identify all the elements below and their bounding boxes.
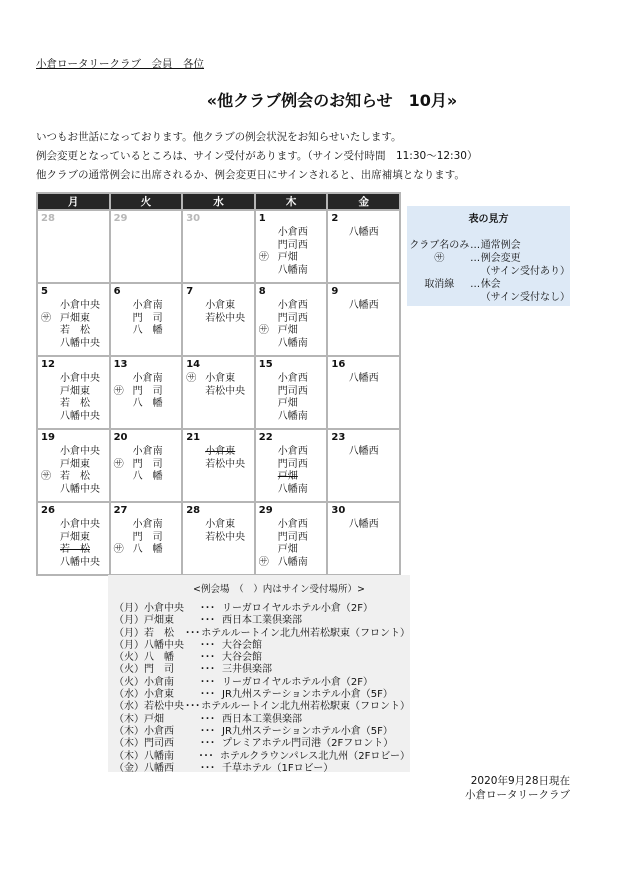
club-list: 小倉東若松中央 — [186, 519, 251, 544]
venue-row: （月）若 松･･･ホテルルートイン北九州若松駅東（フロント） — [114, 628, 410, 640]
venue-dots: ･･･ — [200, 726, 222, 738]
club-entry: 小倉西 — [259, 300, 324, 313]
club-name: 小倉西 — [278, 227, 308, 238]
club-entry-changed: ㋚門 司 — [114, 386, 179, 399]
day-number: 20 — [114, 432, 179, 444]
sign-icon: ㋚ — [186, 373, 196, 386]
club-name: 八幡南 — [278, 557, 308, 568]
calendar-day-cell: 28小倉東若松中央 — [182, 502, 255, 575]
club-name: 小倉南 — [133, 519, 163, 530]
club-name: 八幡南 — [278, 484, 308, 495]
club-entry: 若松中央 — [186, 459, 251, 472]
club-name: 八幡西 — [349, 519, 379, 530]
club-entry: 小倉南 — [114, 519, 179, 532]
venue-dots: ･･･ — [185, 701, 201, 713]
calendar-day-cell: 28 — [37, 210, 110, 283]
club-name: 若 松 — [60, 544, 90, 555]
venue-row: （木）戸畑･･･西日本工業倶楽部 — [114, 714, 410, 726]
club-name: 小倉中央 — [60, 446, 100, 457]
calendar-day-cell: 1小倉西門司西㋚戸畑八幡南 — [255, 210, 328, 283]
club-entry: 戸畑東 — [41, 459, 106, 472]
club-name: 小倉東 — [205, 446, 235, 457]
club-name: 小倉西 — [278, 373, 308, 384]
venue-name: 大谷会館 — [222, 652, 262, 664]
club-entry: 八幡中央 — [41, 338, 106, 351]
club-entry-changed: ㋚戸畑 — [259, 252, 324, 265]
calendar-day-cell: 15小倉西門司西戸畑八幡南 — [255, 356, 328, 429]
legend-dots: … — [470, 252, 481, 265]
venue-row: （月）小倉中央･･･リーガロイヤルホテル小倉（2F） — [114, 603, 410, 615]
calendar-day-cell: 2八幡西 — [327, 210, 400, 283]
calendar-day-cell: 30八幡西 — [327, 502, 400, 575]
club-name: 小倉南 — [133, 446, 163, 457]
venue-dots: ･･･ — [200, 615, 222, 627]
club-name: 若 松 — [60, 325, 90, 336]
venue-name: リーガロイヤルホテル小倉（2F） — [222, 603, 373, 615]
calendar-week: 5小倉中央㋚戸畑東若 松八幡中央6小倉南門 司八 幡7小倉東若松中央8小倉西門司… — [37, 283, 400, 356]
venue-dots: ･･･ — [200, 677, 222, 689]
venue-club: 戸畑 — [144, 714, 200, 726]
club-entry: 小倉西 — [259, 519, 324, 532]
legend-row: クラブ名のみ … 通常例会 — [409, 239, 570, 252]
venue-name: リーガロイヤルホテル小倉（2F） — [222, 677, 373, 689]
club-name: 若松中央 — [205, 386, 245, 397]
venue-club: 八幡中央 — [144, 640, 200, 652]
club-entry: 小倉西 — [259, 373, 324, 386]
venue-row: （水）若松中央･･･ホテルルートイン北九州若松駅東（フロント） — [114, 701, 410, 713]
calendar-day-cell: 30 — [182, 210, 255, 283]
day-number: 6 — [114, 286, 179, 298]
day-number: 27 — [114, 505, 179, 517]
club-entry: 戸畑 — [259, 544, 324, 557]
calendar-day-cell: 12小倉中央戸畑東若 松八幡中央 — [37, 356, 110, 429]
meeting-calendar: 月 火 水 木 金 2829301小倉西門司西㋚戸畑八幡南2八幡西5小倉中央㋚戸… — [36, 192, 401, 576]
legend-dots — [470, 291, 481, 304]
club-name: 八幡中央 — [60, 484, 100, 495]
sign-icon: ㋚ — [259, 325, 269, 338]
club-list: 小倉中央㋚戸畑東若 松八幡中央 — [41, 300, 106, 350]
calendar-week: 19小倉中央戸畑東㋚若 松八幡中央20小倉南㋚門 司八 幡21小倉東若松中央22… — [37, 429, 400, 502]
venue-weekday: （金） — [114, 763, 144, 775]
club-name: 若松中央 — [205, 313, 245, 324]
day-number: 30 — [331, 505, 396, 517]
club-entry: 若松中央 — [186, 532, 251, 545]
club-entry-changed: ㋚戸畑東 — [41, 313, 106, 326]
sign-icon: ㋚ — [259, 557, 269, 570]
club-name: 若 松 — [60, 398, 90, 409]
club-name: 門司西 — [278, 532, 308, 543]
issuer: 小倉ロータリークラブ — [440, 788, 570, 802]
club-entry: 八幡南 — [259, 265, 324, 278]
club-name: 八幡中央 — [60, 338, 100, 349]
sign-icon: ㋚ — [114, 459, 124, 472]
club-list: 小倉南門 司八 幡 — [114, 300, 179, 338]
club-entry: 八幡中央 — [41, 484, 106, 497]
calendar-day-cell: 22小倉西門司西戸畑八幡南 — [255, 429, 328, 502]
day-number: 8 — [259, 286, 324, 298]
legend-title: 表の見方 — [407, 210, 570, 225]
day-number: 29 — [114, 213, 179, 225]
sign-icon: ㋚ — [41, 313, 51, 326]
venue-weekday: （火） — [114, 677, 144, 689]
club-entry: 若 松 — [41, 325, 106, 338]
club-entry: 戸畑 — [259, 398, 324, 411]
club-name: 小倉南 — [133, 300, 163, 311]
calendar-day-cell: 26小倉中央戸畑東若 松八幡中央 — [37, 502, 110, 575]
day-number: 21 — [186, 432, 251, 444]
club-entry: 門 司 — [114, 313, 179, 326]
day-number: 30 — [186, 213, 251, 225]
calendar-day-cell: 14㋚小倉東若松中央 — [182, 356, 255, 429]
club-entry-changed: ㋚若 松 — [41, 471, 106, 484]
club-entry: 八 幡 — [114, 471, 179, 484]
club-name: 戸畑東 — [60, 532, 90, 543]
venue-club: 八幡南 — [144, 751, 199, 763]
club-name: 門司西 — [278, 386, 308, 397]
club-name: 若松中央 — [205, 459, 245, 470]
venue-dots: ･･･ — [200, 652, 222, 664]
club-entry-changed: ㋚門 司 — [114, 459, 179, 472]
venue-dots: ･･･ — [200, 664, 222, 676]
club-name: 小倉中央 — [60, 373, 100, 384]
club-entry: 八幡西 — [331, 300, 396, 313]
club-name: 八幡南 — [278, 338, 308, 349]
club-name: 小倉西 — [278, 519, 308, 530]
sign-icon: ㋚ — [114, 386, 124, 399]
club-list: 八幡西 — [331, 446, 396, 459]
venue-name: 三井倶楽部 — [222, 664, 272, 676]
club-entry: 小倉中央 — [41, 519, 106, 532]
club-name: 小倉中央 — [60, 300, 100, 311]
weekday-thu: 木 — [255, 193, 328, 210]
sign-icon: ㋚ — [114, 544, 124, 557]
calendar-week: 26小倉中央戸畑東若 松八幡中央27小倉南門 司㋚八 幡28小倉東若松中央29小… — [37, 502, 400, 575]
club-name: 八幡中央 — [60, 557, 100, 568]
calendar-day-cell: 29小倉西門司西戸畑㋚八幡南 — [255, 502, 328, 575]
club-name: 門 司 — [133, 386, 163, 397]
day-number: 19 — [41, 432, 106, 444]
legend-dots: … — [470, 239, 481, 252]
club-name: 小倉西 — [278, 446, 308, 457]
venue-club: 戸畑東 — [144, 615, 200, 627]
club-name: 門司西 — [278, 313, 308, 324]
day-number: 2 — [331, 213, 396, 225]
club-entry: 門司西 — [259, 532, 324, 545]
calendar-week: 12小倉中央戸畑東若 松八幡中央13小倉南㋚門 司八 幡14㋚小倉東若松中央15… — [37, 356, 400, 429]
calendar-day-cell: 16八幡西 — [327, 356, 400, 429]
calendar-day-cell: 7小倉東若松中央 — [182, 283, 255, 356]
legend-dots: … — [470, 278, 481, 291]
club-list: ㋚小倉東若松中央 — [186, 373, 251, 398]
venue-dots: ･･･ — [199, 751, 220, 763]
club-name: 若松中央 — [205, 532, 245, 543]
calendar-day-cell: 20小倉南㋚門 司八 幡 — [110, 429, 183, 502]
club-list: 小倉西門司西戸畑八幡南 — [259, 446, 324, 496]
club-name: 小倉南 — [133, 373, 163, 384]
venue-dots: ･･･ — [200, 640, 222, 652]
club-name: 戸畑 — [278, 544, 298, 555]
club-entry-changed: ㋚戸畑 — [259, 325, 324, 338]
venue-dots: ･･･ — [200, 738, 222, 750]
club-list: 小倉南門 司㋚八 幡 — [114, 519, 179, 557]
venue-name: JR九州ステーションホテル小倉（5F） — [222, 689, 393, 701]
club-entry-changed: ㋚八幡南 — [259, 557, 324, 570]
club-entry: 小倉南 — [114, 300, 179, 313]
club-list: 八幡西 — [331, 373, 396, 386]
club-entry: 八幡南 — [259, 484, 324, 497]
venue-name: プレミアホテル門司港（2Fフロント） — [222, 738, 393, 750]
club-entry: 小倉西 — [259, 227, 324, 240]
calendar-day-cell: 23八幡西 — [327, 429, 400, 502]
club-name: 門 司 — [133, 532, 163, 543]
venue-club: 小倉南 — [144, 677, 200, 689]
venue-dots: ･･･ — [200, 603, 222, 615]
club-entry: 八 幡 — [114, 398, 179, 411]
calendar-day-cell: 8小倉西門司西㋚戸畑八幡南 — [255, 283, 328, 356]
venue-dots: ･･･ — [200, 714, 222, 726]
venue-dots: ･･･ — [200, 689, 222, 701]
club-entry: 八幡南 — [259, 338, 324, 351]
venue-club: 小倉中央 — [144, 603, 200, 615]
venue-row: （水）小倉東･･･JR九州ステーションホテル小倉（5F） — [114, 689, 410, 701]
day-number: 1 — [259, 213, 324, 225]
day-number: 28 — [186, 505, 251, 517]
legend-row: （サイン受付なし） — [409, 291, 570, 304]
venue-row: （月）八幡中央･･･大谷会館 — [114, 640, 410, 652]
club-entry: 八 幡 — [114, 325, 179, 338]
club-entry: 門 司 — [114, 532, 179, 545]
club-entry: 小倉南 — [114, 446, 179, 459]
venue-weekday: （木） — [114, 714, 144, 726]
day-number: 29 — [259, 505, 324, 517]
club-name: 八 幡 — [133, 471, 163, 482]
club-name: 小倉東 — [205, 300, 235, 311]
club-name: 小倉西 — [278, 300, 308, 311]
club-list: 八幡西 — [331, 227, 396, 240]
club-name: 戸畑東 — [60, 459, 90, 470]
legend-table: クラブ名のみ … 通常例会 ㋚ … 例会変更 （サイン受付あり） 取消線 … 休… — [409, 239, 570, 304]
venue-name: 大谷会館 — [222, 640, 262, 652]
venue-list: <例会場 （ ）内はサイン受付場所）> （月）小倉中央･･･リーガロイヤルホテル… — [108, 575, 410, 772]
venue-name: ホテルルートイン北九州若松駅東（フロント） — [201, 628, 410, 640]
intro-text: いつもお世話になっております。他クラブの例会状況をお知らせいたします。 例会変更… — [36, 128, 477, 185]
weekday-mon: 月 — [37, 193, 110, 210]
legend-row: 取消線 … 休会 — [409, 278, 570, 291]
weekday-fri: 金 — [327, 193, 400, 210]
weekday-tue: 火 — [110, 193, 183, 210]
legend-dots — [470, 265, 481, 278]
legend-row: （サイン受付あり） — [409, 265, 570, 278]
weekday-wed: 水 — [182, 193, 255, 210]
club-list: 小倉中央戸畑東若 松八幡中央 — [41, 373, 106, 423]
club-name: 八幡西 — [349, 373, 379, 384]
venue-row: （火）八 幡･･･大谷会館 — [114, 652, 410, 664]
venue-weekday: （火） — [114, 664, 144, 676]
club-list: 小倉東若松中央 — [186, 300, 251, 325]
venue-club: 門 司 — [144, 664, 200, 676]
intro-line: 例会変更となっているところは、サイン受付があります。（サイン受付時間 11:30… — [36, 147, 477, 166]
venue-list-title: <例会場 （ ）内はサイン受付場所）> — [108, 581, 410, 595]
day-number: 14 — [186, 359, 251, 371]
day-number: 13 — [114, 359, 179, 371]
club-list: 小倉西門司西㋚戸畑八幡南 — [259, 300, 324, 350]
venue-weekday: （月） — [114, 628, 144, 640]
as-of-date: 2020年9月28日現在 — [440, 774, 570, 788]
club-entry: 門司西 — [259, 240, 324, 253]
legend-row: ㋚ … 例会変更 — [409, 252, 570, 265]
club-name: 門 司 — [133, 313, 163, 324]
club-name: 小倉中央 — [60, 519, 100, 530]
club-entry: 八幡中央 — [41, 411, 106, 424]
legend-key — [409, 291, 470, 304]
club-entry: 小倉西 — [259, 446, 324, 459]
calendar-day-cell: 6小倉南門 司八 幡 — [110, 283, 183, 356]
weekday-header: 月 火 水 木 金 — [37, 193, 400, 210]
sign-icon: ㋚ — [409, 252, 470, 265]
club-entry: 若松中央 — [186, 313, 251, 326]
venue-name: ホテルクラウンパレス北九州（2Fロビー） — [220, 751, 410, 763]
venue-dots: ･･･ — [185, 628, 201, 640]
club-entry: 小倉中央 — [41, 446, 106, 459]
calendar-day-cell: 13小倉南㋚門 司八 幡 — [110, 356, 183, 429]
club-list: 小倉西門司西㋚戸畑八幡南 — [259, 227, 324, 277]
venue-club: 小倉東 — [144, 689, 200, 701]
club-name: 八幡西 — [349, 300, 379, 311]
club-entry: 八幡中央 — [41, 557, 106, 570]
club-name: 小倉東 — [205, 373, 235, 384]
day-number: 26 — [41, 505, 106, 517]
club-name: 戸畑東 — [60, 313, 90, 324]
calendar-day-cell: 5小倉中央㋚戸畑東若 松八幡中央 — [37, 283, 110, 356]
club-name: 八 幡 — [133, 325, 163, 336]
calendar-day-cell: 19小倉中央戸畑東㋚若 松八幡中央 — [37, 429, 110, 502]
venue-weekday: （木） — [114, 751, 144, 763]
club-list: 小倉東若松中央 — [186, 446, 251, 471]
club-list: 小倉西門司西戸畑八幡南 — [259, 373, 324, 423]
club-name: 八幡中央 — [60, 411, 100, 422]
venue-club: 小倉西 — [144, 726, 200, 738]
club-name: 八 幡 — [133, 544, 163, 555]
day-number: 23 — [331, 432, 396, 444]
club-name: 戸畑 — [278, 252, 298, 263]
club-name: 戸畑東 — [60, 386, 90, 397]
club-list: 小倉南㋚門 司八 幡 — [114, 446, 179, 484]
day-number: 28 — [41, 213, 106, 225]
venue-weekday: （水） — [114, 701, 144, 713]
club-entry: 八幡西 — [331, 519, 396, 532]
footer: 2020年9月28日現在 小倉ロータリークラブ — [440, 774, 570, 802]
club-name: 小倉東 — [205, 519, 235, 530]
venue-weekday: （月） — [114, 603, 144, 615]
club-name: 門 司 — [133, 459, 163, 470]
club-name: 八幡西 — [349, 446, 379, 457]
venue-row: （月）戸畑東･･･西日本工業倶楽部 — [114, 615, 410, 627]
venue-dots: ･･･ — [200, 763, 222, 775]
page-title: «他クラブ例会のお知らせ 10月» — [0, 88, 634, 111]
venue-name: 西日本工業倶楽部 — [222, 714, 302, 726]
venue-weekday: （木） — [114, 738, 144, 750]
venue-row: （木）門司西･･･プレミアホテル門司港（2Fフロント） — [114, 738, 410, 750]
club-list: 小倉中央戸畑東若 松八幡中央 — [41, 519, 106, 569]
club-entry: 門司西 — [259, 459, 324, 472]
club-entry: 小倉中央 — [41, 373, 106, 386]
addressee: 小倉ロータリークラブ 会員 各位 — [36, 56, 204, 71]
club-entry: 門司西 — [259, 386, 324, 399]
legend-desc: 通常例会 — [481, 239, 570, 252]
club-list: 小倉中央戸畑東㋚若 松八幡中央 — [41, 446, 106, 496]
day-number: 7 — [186, 286, 251, 298]
club-entry: 戸畑東 — [41, 386, 106, 399]
legend-desc: （サイン受付あり） — [481, 265, 570, 278]
venue-weekday: （火） — [114, 652, 144, 664]
club-name: 戸畑 — [278, 325, 298, 336]
legend-box: 表の見方 クラブ名のみ … 通常例会 ㋚ … 例会変更 （サイン受付あり） 取消… — [407, 206, 570, 306]
club-entry: 小倉東 — [186, 300, 251, 313]
club-entry: 小倉南 — [114, 373, 179, 386]
club-entry: 小倉東 — [186, 519, 251, 532]
calendar-day-cell: 27小倉南門 司㋚八 幡 — [110, 502, 183, 575]
club-name: 八幡南 — [278, 265, 308, 276]
legend-key: 取消線 — [409, 278, 470, 291]
club-entry-cancelled: 若 松 — [41, 544, 106, 557]
legend-key: クラブ名のみ — [409, 239, 470, 252]
venue-name: JR九州ステーションホテル小倉（5F） — [222, 726, 393, 738]
club-list: 八幡西 — [331, 300, 396, 313]
venue-weekday: （木） — [114, 726, 144, 738]
club-name: 戸畑 — [278, 398, 298, 409]
venue-row: （金）八幡西･･･千草ホテル（1Fロビー） — [114, 763, 410, 775]
venue-name: 西日本工業倶楽部 — [222, 615, 302, 627]
club-entry: 門司西 — [259, 313, 324, 326]
club-entry: 小倉中央 — [41, 300, 106, 313]
intro-line: 他クラブの通常例会に出席されるか、例会変更日にサインされると、出席補填となります… — [36, 166, 477, 185]
legend-desc: 休会 — [481, 278, 570, 291]
venue-name: 千草ホテル（1Fロビー） — [222, 763, 333, 775]
club-entry: 八幡西 — [331, 446, 396, 459]
day-number: 12 — [41, 359, 106, 371]
legend-desc: （サイン受付なし） — [481, 291, 570, 304]
venue-weekday: （月） — [114, 615, 144, 627]
club-name: 戸畑 — [278, 471, 298, 482]
club-list: 小倉西門司西戸畑㋚八幡南 — [259, 519, 324, 569]
day-number: 15 — [259, 359, 324, 371]
club-entry: 若松中央 — [186, 386, 251, 399]
club-entry-changed: ㋚小倉東 — [186, 373, 251, 386]
legend-key — [409, 265, 470, 278]
venue-rows: （月）小倉中央･･･リーガロイヤルホテル小倉（2F）（月）戸畑東･･･西日本工業… — [108, 603, 410, 775]
club-entry: 八幡西 — [331, 227, 396, 240]
day-number: 22 — [259, 432, 324, 444]
club-entry: 若 松 — [41, 398, 106, 411]
club-name: 門司西 — [278, 459, 308, 470]
day-number: 16 — [331, 359, 396, 371]
venue-club: 八 幡 — [144, 652, 200, 664]
calendar-day-cell: 9八幡西 — [327, 283, 400, 356]
club-entry-cancelled: 戸畑 — [259, 471, 324, 484]
club-name: 八幡南 — [278, 411, 308, 422]
venue-club: 門司西 — [144, 738, 200, 750]
calendar-day-cell: 21小倉東若松中央 — [182, 429, 255, 502]
venue-row: （火）門 司･･･三井倶楽部 — [114, 664, 410, 676]
club-name: 八 幡 — [133, 398, 163, 409]
club-entry: 八幡南 — [259, 411, 324, 424]
intro-line: いつもお世話になっております。他クラブの例会状況をお知らせいたします。 — [36, 128, 477, 147]
venue-name: ホテルルートイン北九州若松駅東（フロント） — [201, 701, 410, 713]
calendar-day-cell: 29 — [110, 210, 183, 283]
venue-row: （火）小倉南･･･リーガロイヤルホテル小倉（2F） — [114, 677, 410, 689]
club-entry: 八幡西 — [331, 373, 396, 386]
sign-icon: ㋚ — [259, 252, 269, 265]
